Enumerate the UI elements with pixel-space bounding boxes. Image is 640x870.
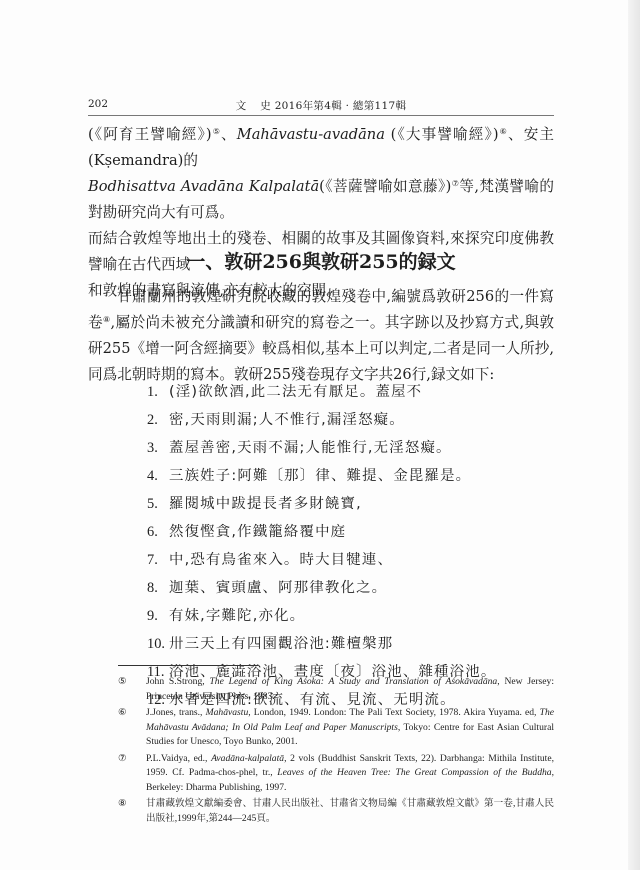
transcription-line: 5.羅閱城中跋提長者多財饒寶, [147,490,496,518]
footnote-5: ⑤John S.Strong, The Legend of King Aśoka… [118,675,554,704]
footnote-8: ⑧甘肅藏敦煌文獻編委會、甘肅人民出版社、甘肅省文物局編《甘肅藏敦煌文獻》第一卷,… [118,797,554,826]
transcription-line: 10.卅三天上有四園觀浴池:難檀槃那 [147,630,496,658]
footnote-ref-6[interactable]: ⑥ [499,127,508,136]
transcription-line: 4.三族姓子:阿難〔那〕律、難提、金毘羅是。 [147,462,496,490]
transcription-line: 1.(淫)欲飲酒,此二法无有厭足。蓋屋不 [147,378,496,406]
journal-title-shi: 史 [260,100,271,112]
journal-title: 文史 2016年第4輯 · 總第117輯 [88,98,554,113]
footnote-ref-8[interactable]: ⑧ [103,315,111,324]
footnote-marker: ⑥ [118,706,127,721]
transcription-line: 3.蓋屋善密,天雨不漏;人能惟行,无淫怒癡。 [147,434,496,462]
footnote-6: ⑥J.Jones, trans., Mahāvastu, London, 194… [118,706,554,750]
footnote-marker: ⑦ [118,752,127,767]
running-header: 202 文史 2016年第4輯 · 總第117輯 [88,98,554,114]
intro-line-1: (《阿育王譬喻經》)⑤、Mahāvastu-avadāna (《大事譬喻經》)⑥… [88,122,554,174]
journal-issue: 2016年第4輯 · 總第117輯 [275,100,407,112]
transcription-line: 2.密,天雨則漏;人不惟行,漏淫怒癡。 [147,406,496,434]
footnote-marker: ⑤ [118,675,127,690]
footnotes: ⑤John S.Strong, The Legend of King Aśoka… [118,675,554,828]
journal-title-wen: 文 [236,100,261,112]
header-rule [88,115,554,116]
intro-paragraph: (《阿育王譬喻經》)⑤、Mahāvastu-avadāna (《大事譬喻經》)⑥… [88,122,554,304]
intro-line-2: Bodhisattva Avadāna Kalpalatā(《菩薩譬喻如意藤》)… [88,174,554,226]
page-edge-shadow [628,0,640,870]
transcription-list: 1.(淫)欲飲酒,此二法无有厭足。蓋屋不 2.密,天雨則漏;人不惟行,漏淫怒癡。… [147,378,496,714]
transcription-line: 9.有妹,字難陀,亦化。 [147,602,496,630]
transcription-line: 7.中,恐有鳥雀來入。時大目犍連、 [147,546,496,574]
footnote-7: ⑦P.L.Vaidya, ed., Avadāna-kalpalatā, 2 v… [118,752,554,796]
journal-page: 202 文史 2016年第4輯 · 總第117輯 (《阿育王譬喻經》)⑤、Mah… [0,0,640,870]
transcription-line: 6.然復慳貪,作鐵籠絡覆中庭 [147,518,496,546]
footnote-ref-5[interactable]: ⑤ [212,127,221,136]
transcription-line: 8.迦葉、賓頭盧、阿那律教化之。 [147,574,496,602]
section-heading: 一、敦研256與敦研255的録文 [88,247,554,274]
body-paragraph: 甘肅蘭州的敦煌研究院收藏的敦煌殘卷中,編號爲敦研256的一件寫卷⑧,屬於尚未被充… [88,284,554,388]
footnote-marker: ⑧ [118,797,127,812]
footnote-rule [118,665,258,666]
